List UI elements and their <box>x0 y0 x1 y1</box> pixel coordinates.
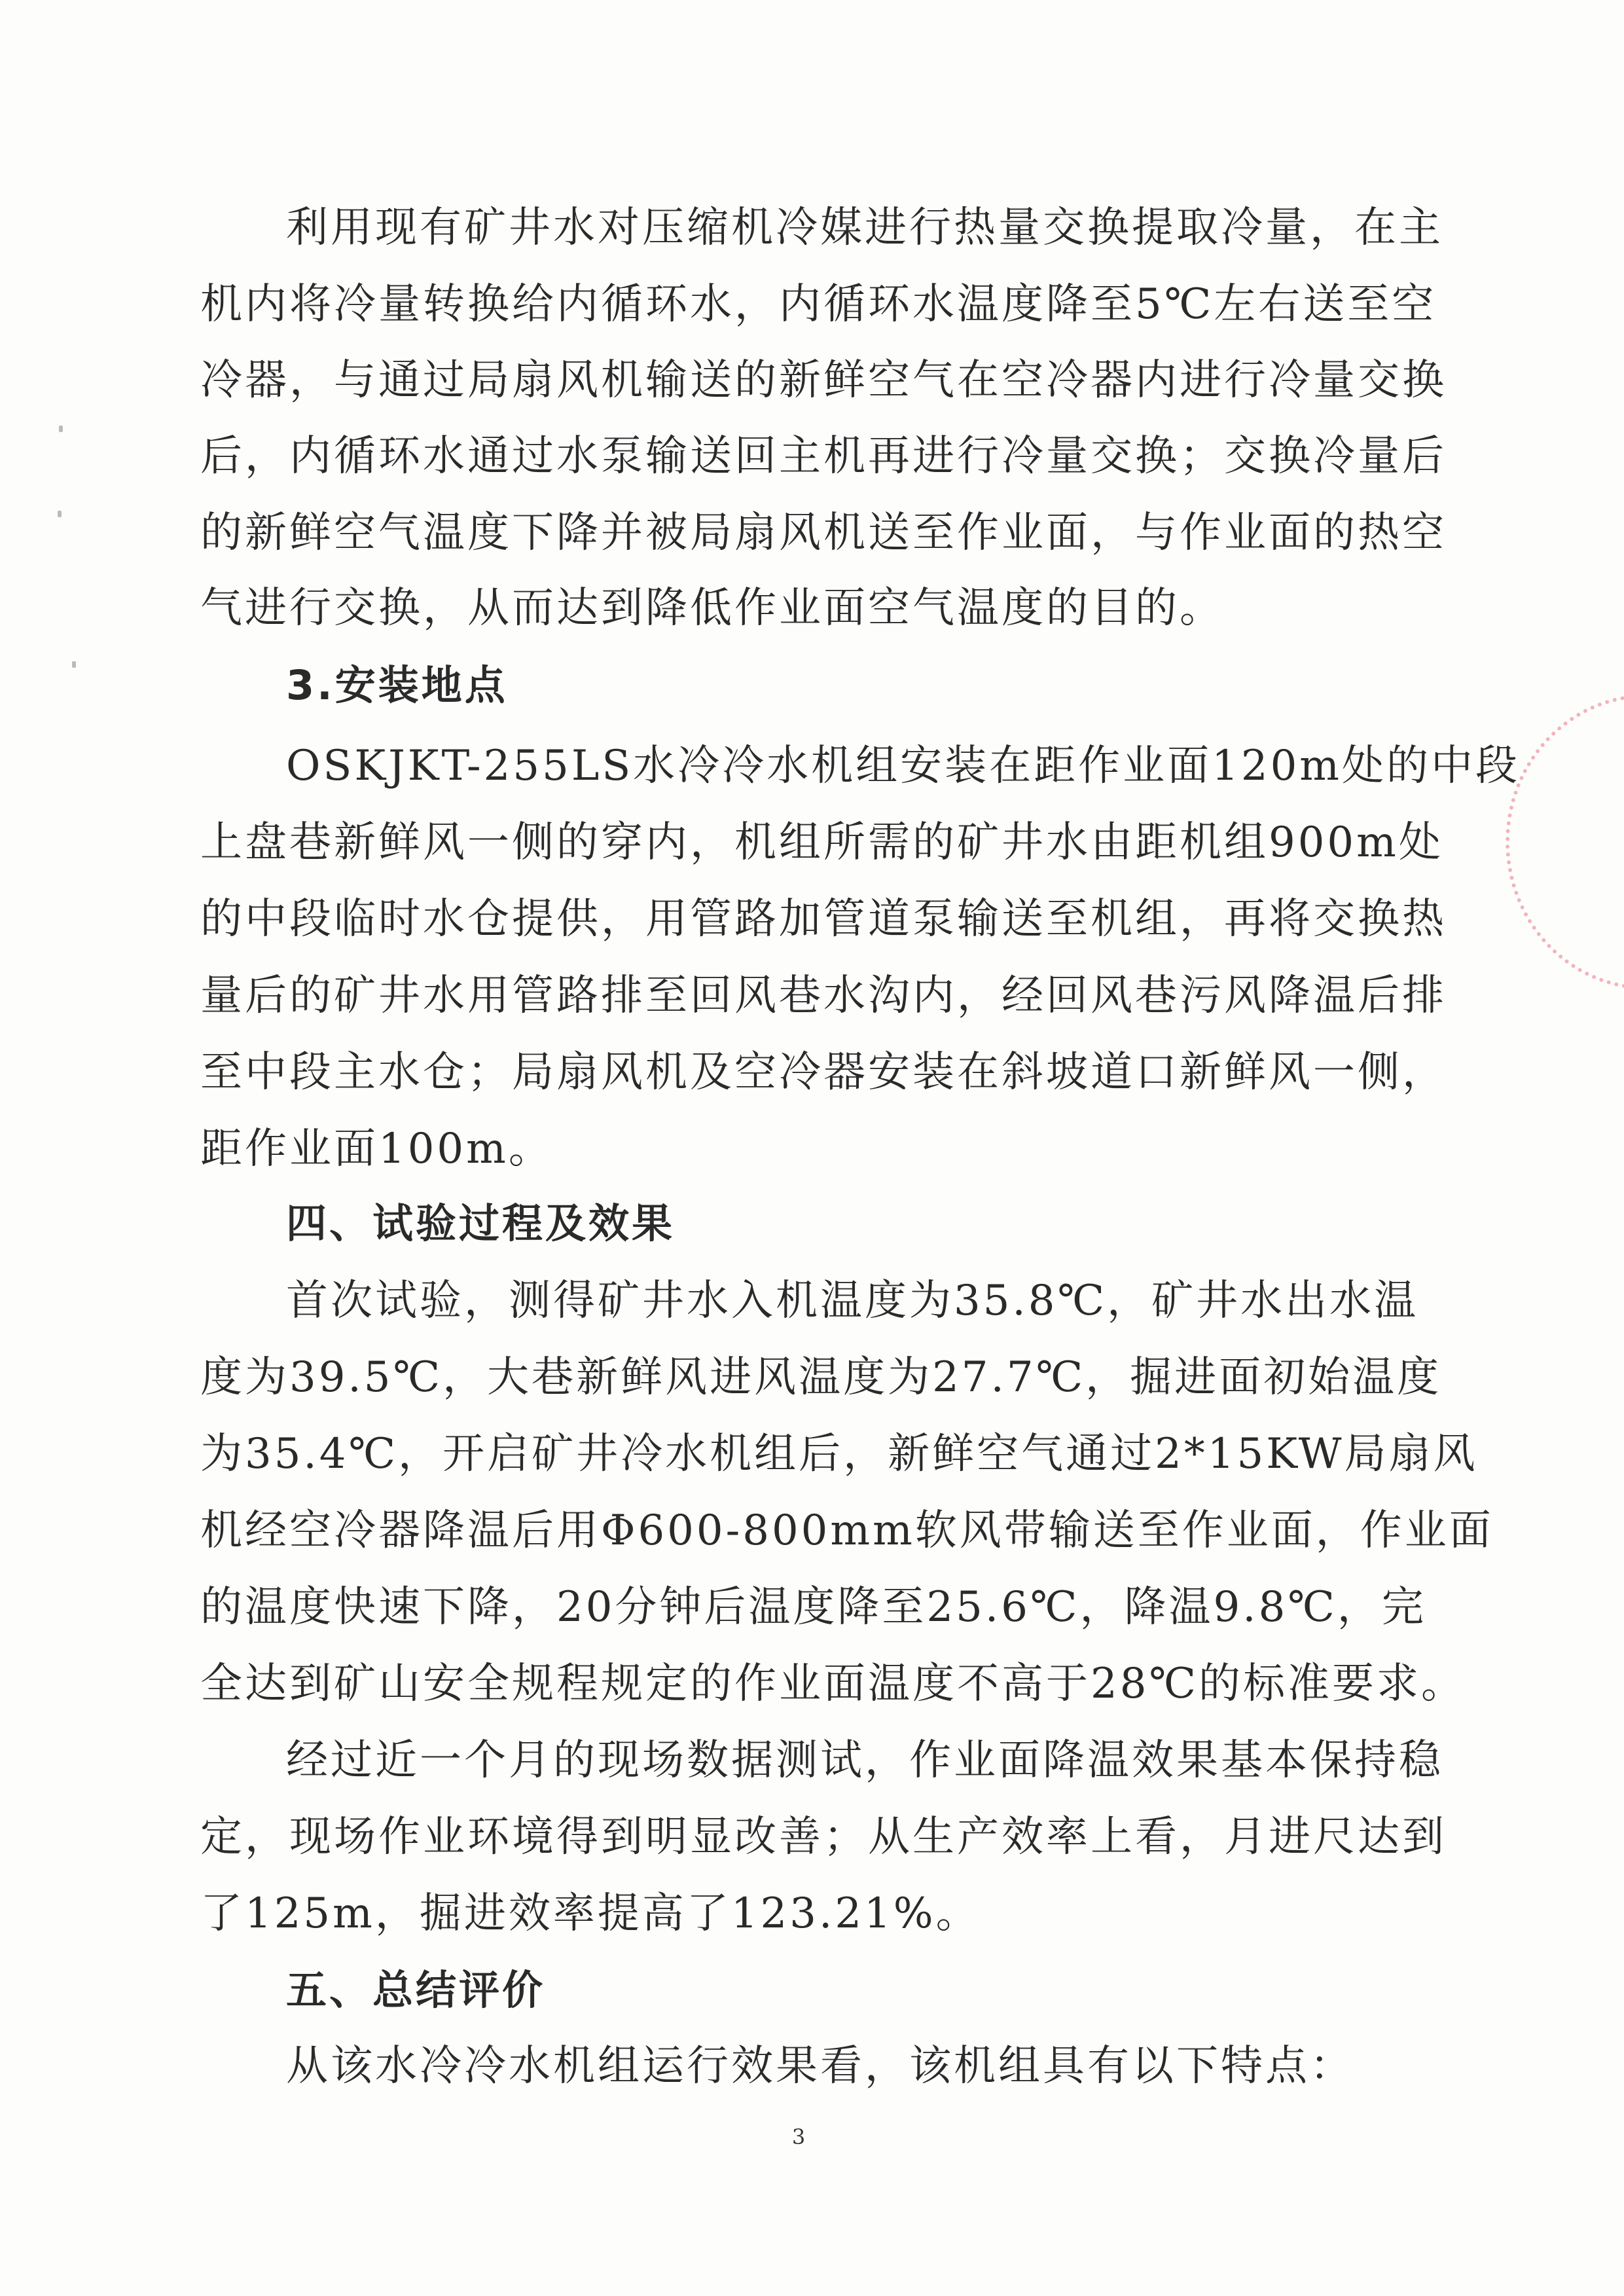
paragraph-line: OSKJKT-255LS水冷冷水机组安装在距作业面120m处的中段 <box>286 728 1402 805</box>
red-seal-stamp <box>1506 694 1624 990</box>
paragraph-line: 上盘巷新鲜风一侧的穿内，机组所需的矿井水由距机组900m处 <box>200 805 1402 881</box>
paragraph-line: 的新鲜空气温度下降并被局扇风机送至作业面，与作业面的热空 <box>200 495 1402 572</box>
paragraph-line: 从该水冷冷水机组运行效果看，该机组具有以下特点： <box>286 2028 1402 2105</box>
document-page: 利用现有矿井水对压缩机冷媒进行热量交换提取冷量，在主 机内将冷量转换给内循环水，… <box>0 0 1624 2296</box>
section-heading: 3.安装地点 <box>286 647 1402 723</box>
scan-speck <box>72 661 76 668</box>
page-number: 3 <box>785 2124 812 2149</box>
paragraph-line: 了125m，掘进效率提高了123.21%。 <box>200 1876 1402 1952</box>
paragraph-line: 机内将冷量转换给内循环水，内循环水温度降至5℃左右送至空 <box>200 266 1402 343</box>
paragraph-line: 的中段临时水仓提供，用管路加管道泵输送至机组，再将交换热 <box>200 881 1402 958</box>
section-heading: 五、总结评价 <box>286 1952 1402 2028</box>
paragraph-line: 度为39.5℃，大巷新鲜风进风温度为27.7℃，掘进面初始温度 <box>200 1339 1402 1416</box>
scan-speck <box>58 511 62 517</box>
section-heading: 四、试验过程及效果 <box>286 1185 1402 1262</box>
paragraph-line: 机经空冷器降温后用Φ600-800mm软风带输送至作业面，作业面 <box>200 1493 1402 1569</box>
paragraph-line: 后，内循环水通过水泵输送回主机再进行冷量交换；交换冷量后 <box>200 418 1402 495</box>
paragraph-line: 利用现有矿井水对压缩机冷媒进行热量交换提取冷量，在主 <box>286 190 1402 266</box>
paragraph-line: 为35.4℃，开启矿井冷水机组后，新鲜空气通过2*15KW局扇风 <box>200 1416 1402 1493</box>
paragraph-line: 量后的矿井水用管路排至回风巷水沟内，经回风巷污风降温后排 <box>200 958 1402 1034</box>
paragraph-line: 至中段主水仓；局扇风机及空冷器安装在斜坡道口新鲜风一侧， <box>200 1034 1402 1111</box>
paragraph-line: 经过近一个月的现场数据测试，作业面降温效果基本保持稳 <box>286 1722 1402 1799</box>
paragraph-line: 定，现场作业环境得到明显改善；从生产效率上看，月进尺达到 <box>200 1799 1402 1876</box>
paragraph-line: 全达到矿山安全规程规定的作业面温度不高于28℃的标准要求。 <box>200 1646 1402 1722</box>
paragraph-line: 首次试验，测得矿井水入机温度为35.8℃，矿井水出水温 <box>286 1263 1402 1339</box>
paragraph-line: 气进行交换，从而达到降低作业面空气温度的目的。 <box>200 570 1402 647</box>
paragraph-line: 的温度快速下降，20分钟后温度降至25.6℃，降温9.8℃，完 <box>200 1569 1402 1646</box>
paragraph-line: 距作业面100m。 <box>200 1111 1402 1188</box>
scan-speck <box>59 426 63 432</box>
paragraph-line: 冷器，与通过局扇风机输送的新鲜空气在空冷器内进行冷量交换 <box>200 342 1402 419</box>
